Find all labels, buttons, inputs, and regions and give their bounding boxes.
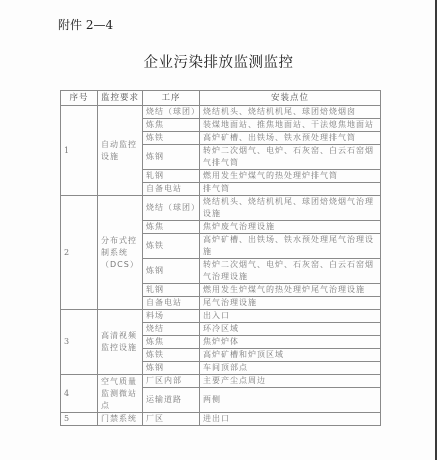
process-cell: 炼钢 [143, 259, 200, 284]
table-row: 5 门禁系统 厂区 进出口 [61, 413, 381, 426]
section-number: 5 [61, 413, 98, 426]
location-cell: 燃用发生炉煤气的热处理炉排气筒 [200, 170, 381, 183]
process-cell: 炼焦 [143, 221, 200, 234]
location-cell: 排气筒 [200, 183, 381, 196]
section-requirement: 自动监控设施 [98, 106, 143, 196]
process-cell: 厂区内部 [143, 375, 200, 388]
process-cell: 炼钢 [143, 145, 200, 170]
location-cell: 高炉矿槽、出铁场、铁水预处理排气筒 [200, 132, 381, 145]
table-row: 1 自动监控设施 烧结（球团） 烧结机头、烧结机机尾、球团焙烧烟囱 [61, 106, 381, 119]
location-cell: 进出口 [200, 413, 381, 426]
location-cell: 环冷区域 [200, 323, 381, 336]
process-cell: 料场 [143, 310, 200, 323]
section-requirement: 门禁系统 [98, 413, 143, 426]
process-cell: 炼铁 [143, 132, 200, 145]
location-cell: 焦炉废气治理设施 [200, 221, 381, 234]
table-header-row: 序号 监控要求 工序 安装点位 [61, 91, 381, 106]
section-requirement: 分布式控制系统（DCS） [98, 196, 143, 310]
header-requirement: 监控要求 [98, 91, 143, 106]
location-cell: 烧结机头、烧结机机尾、球团焙烧烟囱 [200, 106, 381, 119]
location-cell: 装煤地面站、推焦地面站、干法熄焦地面站 [200, 119, 381, 132]
section-number: 3 [61, 310, 98, 375]
table-row: 3 高清视频监控设施 料场 出入口 [61, 310, 381, 323]
location-cell: 转炉二次烟气、电炉、石灰窑、白云石窑烟气治理设施 [200, 259, 381, 284]
header-location: 安装点位 [200, 91, 381, 106]
location-cell: 出入口 [200, 310, 381, 323]
process-cell: 自备电站 [143, 183, 200, 196]
header-num: 序号 [61, 91, 98, 106]
location-cell: 两侧 [200, 388, 381, 413]
section-number: 4 [61, 375, 98, 413]
location-cell: 主要产尘点周边 [200, 375, 381, 388]
process-cell: 烧结（球团） [143, 106, 200, 119]
process-cell: 轧钢 [143, 170, 200, 183]
process-cell: 烧结（球团） [143, 196, 200, 221]
location-cell: 尾气治理设施 [200, 297, 381, 310]
table-row: 2 分布式控制系统（DCS） 烧结（球团） 烧结机头、烧结机机尾、球团焙烧烟气治… [61, 196, 381, 221]
section-number: 1 [61, 106, 98, 196]
location-cell: 焦炉炉体 [200, 336, 381, 349]
process-cell: 厂区 [143, 413, 200, 426]
process-cell: 自备电站 [143, 297, 200, 310]
process-cell: 烧结 [143, 323, 200, 336]
header-process: 工序 [143, 91, 200, 106]
location-cell: 车间顶部点 [200, 362, 381, 375]
location-cell: 转炉二次烟气、电炉、石灰窑、白云石窑烟气排气筒 [200, 145, 381, 170]
process-cell: 炼钢 [143, 362, 200, 375]
process-cell: 炼焦 [143, 336, 200, 349]
process-cell: 炼焦 [143, 119, 200, 132]
monitoring-table: 序号 监控要求 工序 安装点位 1 自动监控设施 烧结（球团） 烧结机头、烧结机… [60, 90, 381, 426]
location-cell: 高炉矿槽、出铁场、铁水预处理尾气治理设施 [200, 234, 381, 259]
document-title: 企业污染排放监测监控 [0, 51, 437, 72]
process-cell: 炼铁 [143, 234, 200, 259]
attachment-label: 附件 2—4 [58, 16, 113, 33]
section-requirement: 空气质量监测微站点 [98, 375, 143, 413]
section-requirement: 高清视频监控设施 [98, 310, 143, 375]
process-cell: 轧钢 [143, 284, 200, 297]
section-number: 2 [61, 196, 98, 310]
table-row: 4 空气质量监测微站点 厂区内部 主要产尘点周边 [61, 375, 381, 388]
location-cell: 燃用发生炉煤气的热处理炉尾气治理设施 [200, 284, 381, 297]
location-cell: 烧结机头、烧结机机尾、球团焙烧烟气治理设施 [200, 196, 381, 221]
process-cell: 炼铁 [143, 349, 200, 362]
process-cell: 运输道路 [143, 388, 200, 413]
location-cell: 高炉矿槽和炉顶区域 [200, 349, 381, 362]
